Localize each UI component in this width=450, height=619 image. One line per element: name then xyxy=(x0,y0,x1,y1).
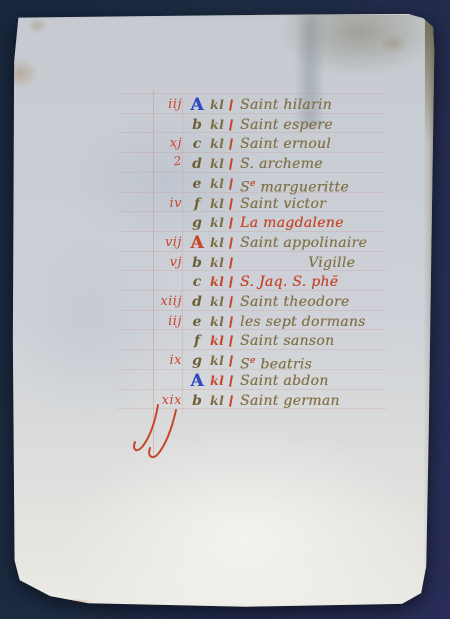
golden-number: vj xyxy=(130,254,182,272)
feast-entry-part: Saint sanson xyxy=(240,333,334,349)
calendar-row: bklSaint espere xyxy=(12,116,436,136)
kl-flourish xyxy=(229,197,233,209)
feast-entry-part: margueritte xyxy=(256,179,349,195)
kl-flourish xyxy=(229,394,233,406)
manuscript-photo: iijAklSaint hilarinbklSaint esperexjcklS… xyxy=(0,0,450,619)
feast-entry-part: Saint ernoul xyxy=(240,136,331,152)
dominical-letter: d xyxy=(184,155,210,173)
calendar-row: ivfklSaint victor xyxy=(12,195,436,215)
kalends-abbrev: kl xyxy=(210,96,224,114)
feast-entry-part: Saint hilarin xyxy=(240,97,332,113)
feast-entry-part: Saint abdon xyxy=(240,373,329,389)
kalends-abbrev: kl xyxy=(210,116,224,134)
feast-entry: Saint victor xyxy=(240,195,326,213)
feast-entry-part: Saint theodore xyxy=(240,294,349,310)
feast-entry-part: S. archeme xyxy=(240,156,323,172)
feast-entry: Saint appolinaire xyxy=(240,234,367,252)
golden-number: iv xyxy=(130,195,182,213)
calendar-row: eklSe margueritte xyxy=(12,175,436,195)
golden-number: vij xyxy=(130,234,182,252)
feast-entry: S. archeme xyxy=(240,155,323,173)
feast-entry: Saint espere xyxy=(240,116,333,134)
feast-entry-part: beatris xyxy=(256,357,312,373)
dominical-letter: b xyxy=(184,254,210,272)
calendar-row: iijAklSaint hilarin xyxy=(12,96,436,116)
kalends-abbrev: kl xyxy=(210,155,224,173)
calendar-row: cklS. Jaq. S. phē xyxy=(12,273,436,293)
dominical-letter: e xyxy=(184,313,210,331)
kl-flourish xyxy=(229,276,233,288)
calendar-row: gklLa magdalene xyxy=(12,214,436,234)
kalends-abbrev: kl xyxy=(210,392,224,410)
kl-flourish xyxy=(229,375,233,387)
kl-flourish xyxy=(229,119,233,131)
feast-entry: La magdalene xyxy=(240,214,344,232)
dominical-letter: A xyxy=(184,372,210,390)
golden-number: xiij xyxy=(130,293,182,311)
calendar-rows: iijAklSaint hilarinbklSaint esperexjcklS… xyxy=(12,14,436,608)
feast-entry-part: S. Jaq. S. phē xyxy=(240,274,338,290)
kl-flourish xyxy=(229,335,233,347)
feast-entry: Vigille xyxy=(308,254,355,272)
dominical-letter: f xyxy=(184,195,210,213)
feast-entry: S. Jaq. S. phē xyxy=(240,273,338,291)
feast-entry: les sept dormans xyxy=(240,313,366,331)
dominical-letter: b xyxy=(184,116,210,134)
feast-entry-part: Saint victor xyxy=(240,196,326,212)
kalends-abbrev: kl xyxy=(210,234,224,252)
feast-entry: Saint ernoul xyxy=(240,135,331,153)
feast-entry-part: Saint appolinaire xyxy=(240,235,367,251)
kl-flourish xyxy=(229,316,233,328)
dominical-letter: A xyxy=(184,96,210,114)
feast-entry-part: S xyxy=(240,357,250,373)
calendar-row: xixbklSaint german xyxy=(12,392,436,412)
calendar-row: 2dklS. archeme xyxy=(12,155,436,175)
kalends-abbrev: kl xyxy=(210,135,224,153)
red-tail-flourishes xyxy=(124,402,188,466)
calendar-row: vjbklVigille xyxy=(12,254,436,274)
calendar-row: xjcklSaint ernoul xyxy=(12,135,436,155)
golden-number: ix xyxy=(130,352,182,370)
golden-number: iij xyxy=(130,313,182,331)
kl-flourish xyxy=(229,355,233,367)
feast-entry-part: La magdalene xyxy=(240,215,344,231)
dominical-letter: A xyxy=(184,234,210,252)
kl-flourish xyxy=(229,178,233,190)
calendar-row: ixgklSe beatris xyxy=(12,352,436,372)
calendar-row: vijAklSaint appolinaire xyxy=(12,234,436,254)
calendar-row: fklSaint sanson xyxy=(12,332,436,352)
dominical-letter: e xyxy=(184,175,210,193)
calendar-row: AklSaint abdon xyxy=(12,372,436,392)
feast-entry-part: Vigille xyxy=(308,255,355,271)
kl-flourish xyxy=(229,158,233,170)
kl-flourish xyxy=(229,257,233,269)
kalends-abbrev: kl xyxy=(210,254,224,272)
feast-entry: Saint hilarin xyxy=(240,96,332,114)
kalends-abbrev: kl xyxy=(210,372,224,390)
kalends-abbrev: kl xyxy=(210,332,224,350)
calendar-row: iijeklles sept dormans xyxy=(12,313,436,333)
kalends-abbrev: kl xyxy=(210,195,224,213)
feast-entry: Se margueritte xyxy=(240,175,349,197)
kalends-abbrev: kl xyxy=(210,293,224,311)
kalends-abbrev: kl xyxy=(210,313,224,331)
kl-flourish xyxy=(229,138,233,150)
kalends-abbrev: kl xyxy=(210,175,224,193)
feast-entry: Saint theodore xyxy=(240,293,349,311)
feast-entry: Saint abdon xyxy=(240,372,329,390)
dominical-letter: c xyxy=(184,273,210,291)
dominical-letter: g xyxy=(184,214,210,232)
kalends-abbrev: kl xyxy=(210,214,224,232)
dominical-letter: d xyxy=(184,293,210,311)
feast-entry-part: les sept dormans xyxy=(240,314,366,330)
feast-entry-part: Saint german xyxy=(240,393,340,409)
feast-entry-part: Saint espere xyxy=(240,117,333,133)
golden-number: iij xyxy=(130,96,182,114)
kl-flourish xyxy=(229,99,233,111)
feast-entry: Saint sanson xyxy=(240,332,334,350)
kalends-abbrev: kl xyxy=(210,352,224,370)
golden-number: 2 xyxy=(129,152,183,177)
kalends-abbrev: kl xyxy=(210,273,224,291)
dominical-letter: g xyxy=(184,352,210,370)
manuscript-leaf-wrap: iijAklSaint hilarinbklSaint esperexjcklS… xyxy=(12,14,436,608)
feast-entry: Saint german xyxy=(240,392,340,410)
golden-number: xj xyxy=(130,135,182,153)
manuscript-leaf: iijAklSaint hilarinbklSaint esperexjcklS… xyxy=(12,14,436,608)
feast-entry-part: S xyxy=(240,179,250,195)
feast-entry: Se beatris xyxy=(240,352,312,374)
kl-flourish xyxy=(229,296,233,308)
dominical-letter: c xyxy=(184,135,210,153)
kl-flourish xyxy=(229,237,233,249)
calendar-row: xiijdklSaint theodore xyxy=(12,293,436,313)
dominical-letter: f xyxy=(184,332,210,350)
kl-flourish xyxy=(229,217,233,229)
